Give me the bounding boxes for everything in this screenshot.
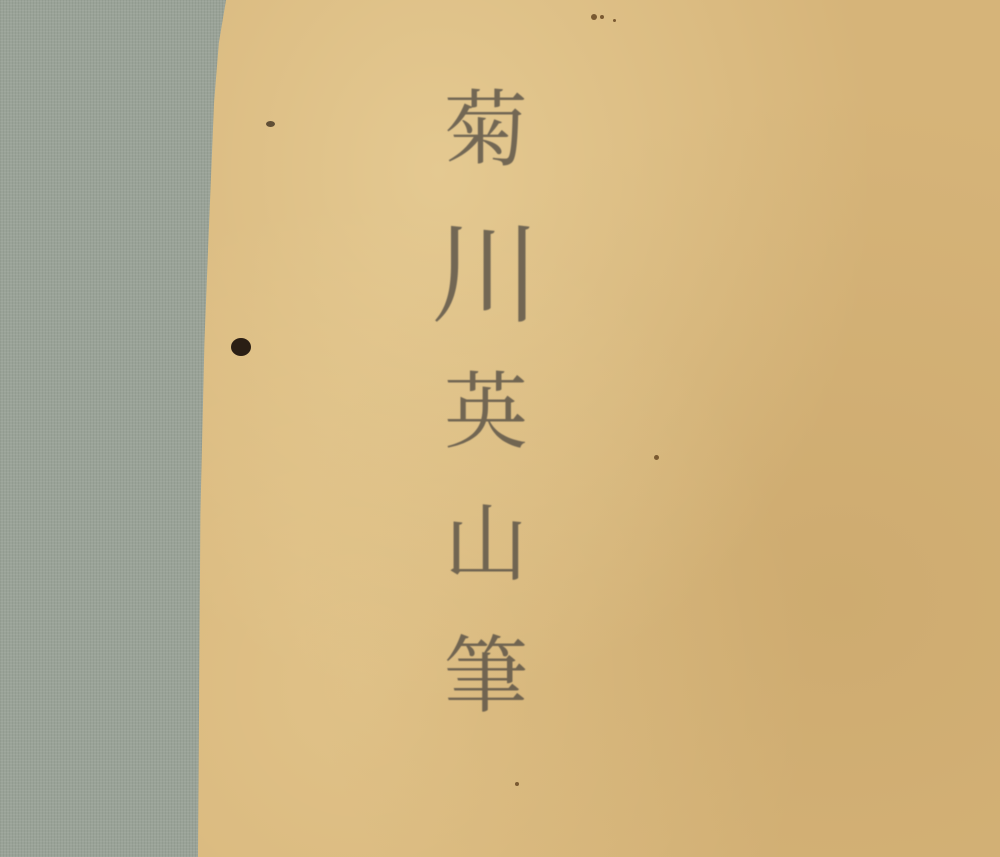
paper-speck [600,15,604,19]
inscription-char-zan: 山 [444,502,528,586]
paper-stain-spot [266,121,275,127]
paper-speck [613,19,616,22]
aged-paper-sheet [198,0,1000,857]
signature-inscription: 菊 川 英 山 筆 [436,88,536,766]
inscription-char-hitsu: 筆 [444,634,528,718]
paper-wormhole [231,338,251,356]
inscription-char-kawa: 川 [431,220,541,330]
inscription-char-kiku: 菊 [444,88,528,172]
silk-mount-border [0,0,230,857]
paper-speck [591,14,597,20]
paper-speck [515,782,519,786]
inscription-char-ei: 英 [444,370,528,454]
paper-speck [654,455,659,460]
